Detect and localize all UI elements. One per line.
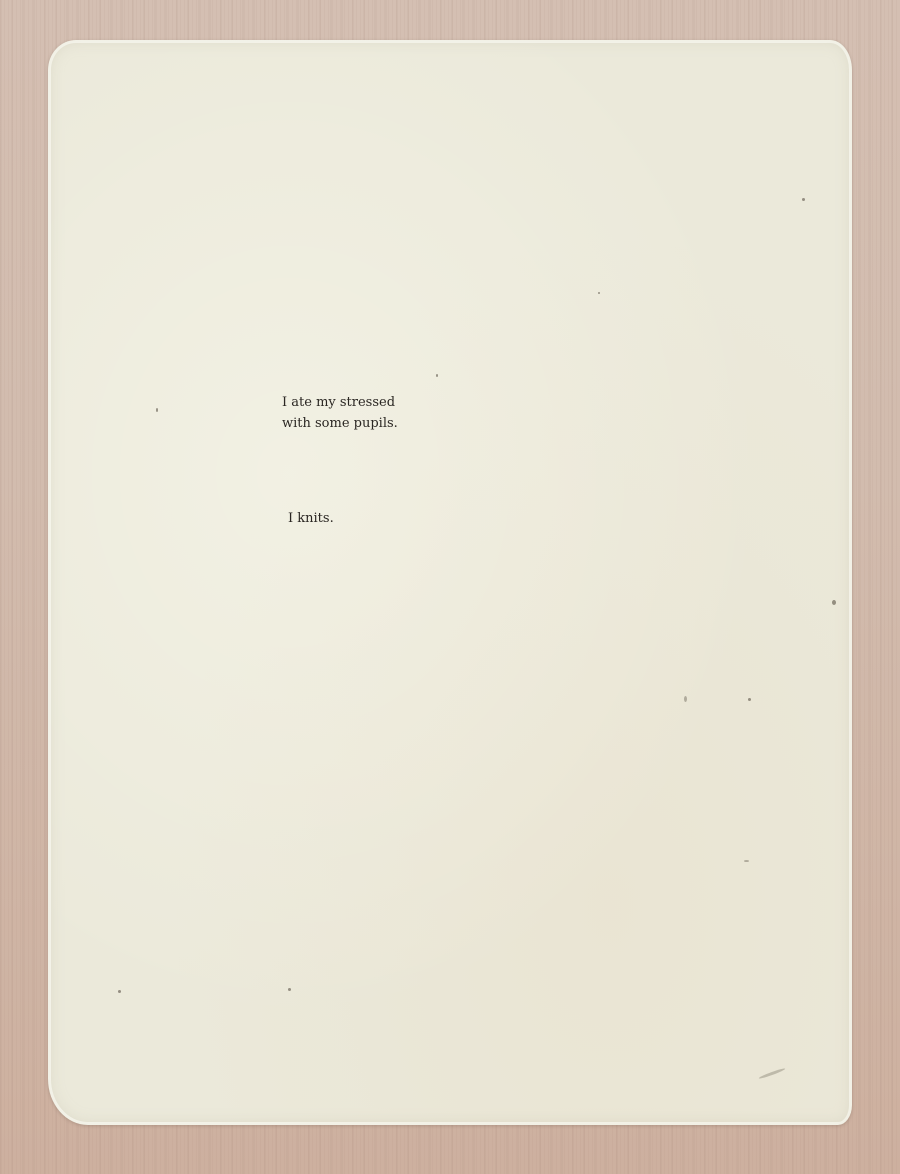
- poem-line: I knits.: [288, 508, 334, 529]
- paper-fleck: [802, 198, 805, 201]
- paper-fleck: [758, 1067, 785, 1079]
- paper-fleck: [832, 600, 836, 605]
- paper-fleck: [684, 696, 687, 702]
- poem-line: with some pupils.: [282, 413, 398, 434]
- paper-fleck: [118, 990, 121, 993]
- paper-sheet: [48, 40, 852, 1125]
- poem-line: I ate my stressed: [282, 392, 398, 413]
- paper-fleck: [744, 860, 749, 862]
- paper-fleck: [436, 374, 438, 377]
- paper-fleck: [748, 698, 751, 701]
- paper-fleck: [156, 408, 158, 412]
- paper-fleck: [288, 988, 291, 991]
- paper-fleck: [598, 292, 600, 294]
- poem-stanza-2: I knits.: [288, 508, 334, 529]
- poem-stanza-1: I ate my stressed with some pupils.: [282, 392, 398, 434]
